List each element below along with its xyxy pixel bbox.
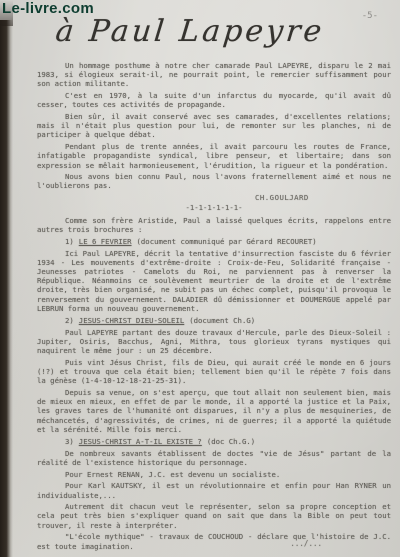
section-paragraph: Pour Karl KAUTSKY, il est un révolutionn… (37, 481, 391, 499)
section-paragraph: Puis vint Jésus Christ, fils de Dieu, qu… (37, 358, 391, 386)
section-paragraph: Ici Paul LAPEYRE, décrit la tentative d'… (37, 249, 391, 313)
section-paragraph: Depuis sa venue, on s'est aperçu, que to… (37, 388, 391, 434)
section-paragraph: "L'école mythique" - travaux de COUCHOUD… (37, 532, 391, 550)
section-number: 1) (65, 237, 74, 246)
section-title: JESUS-CHRIST A-T-IL EXISTE ? (79, 437, 202, 446)
section-suffix: (doc Ch.G.) (207, 437, 255, 446)
section-heading: 2)JESUS-CHRIST DIEU-SOLEIL(document Ch.G… (37, 316, 391, 325)
signature: CH.GOULJARD (37, 193, 391, 202)
section-paragraph: Autrement dit chacun veut le représenter… (37, 502, 391, 530)
section-suffix: (document communiqué par Gérard RECOURET… (137, 237, 317, 246)
page-title: à Paul Lapeyre (0, 14, 382, 49)
obituary-paragraph: C'est en 1970, à la suite d'un infarctus… (37, 91, 391, 109)
scanned-document-page: Le-livre.com -5- à Paul Lapeyre Un homma… (0, 0, 400, 557)
intro-paragraph: Comme son frère Aristide, Paul a laissé … (37, 216, 391, 234)
obituary-paragraph: Pendant plus de trente années, il avait … (37, 142, 391, 170)
section-heading: 1)LE 6 FEVRIER(document communiqué par G… (37, 237, 391, 246)
separator: -1-1-1-1-1-1- (37, 203, 391, 212)
section-title: JESUS-CHRIST DIEU-SOLEIL (79, 316, 184, 325)
section-paragraph: Pour Ernest RENAN, J.C. est devenu un so… (37, 470, 391, 479)
scan-edge-shadow (0, 20, 13, 557)
section-number: 2) (65, 316, 74, 325)
obituary-paragraph: Un hommage posthume à notre cher camarad… (37, 61, 391, 89)
section-title: LE 6 FEVRIER (79, 237, 132, 246)
section-suffix: (document Ch.G) (189, 316, 255, 325)
section-heading: 3)JESUS-CHRIST A-T-IL EXISTE ?(doc Ch.G.… (37, 437, 391, 446)
section-paragraph: De nombreux savants établissent de docte… (37, 449, 391, 467)
obituary-paragraph: Bien sûr, il avait conservé avec ses cam… (37, 112, 391, 140)
section-paragraph: Paul LAPEYRE partant des douze travaux d… (37, 328, 391, 356)
document-body: Un hommage posthume à notre cher camarad… (37, 61, 391, 553)
section-number: 3) (65, 437, 74, 446)
continuation-mark: .../... (290, 539, 322, 548)
obituary-paragraph: Nous avons bien connu Paul, nous l'avons… (37, 172, 391, 190)
